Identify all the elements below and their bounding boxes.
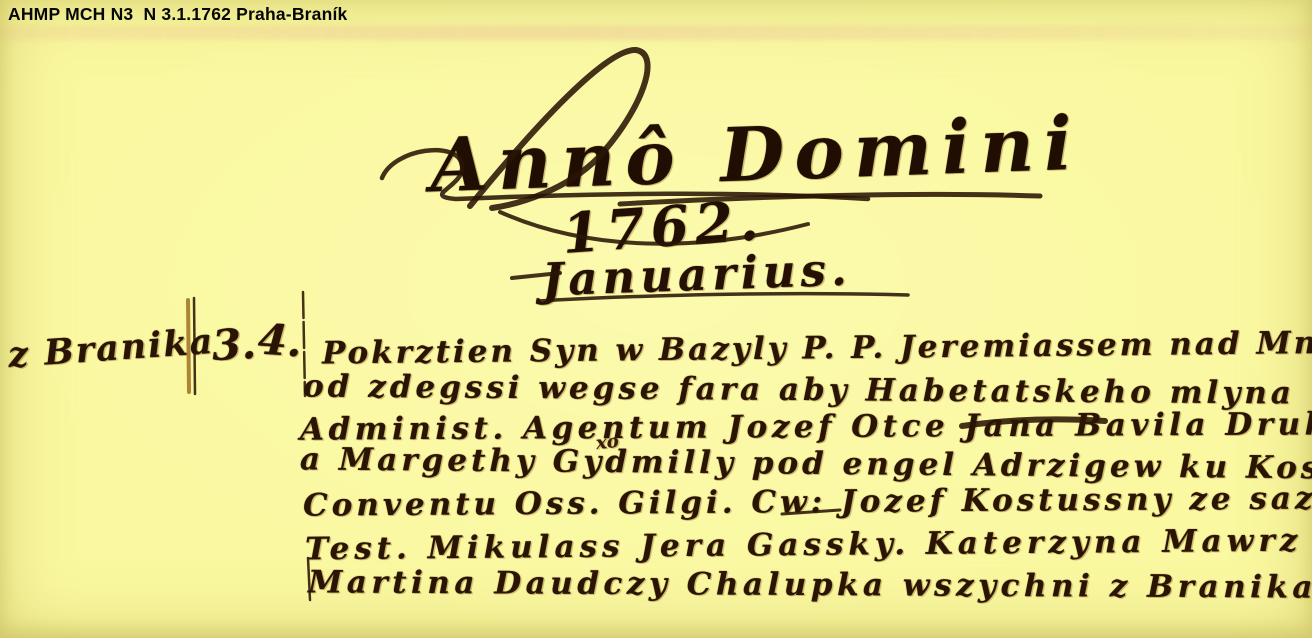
title-month: Januarius. xyxy=(541,243,852,307)
margin-day-number: 3. xyxy=(211,319,257,370)
record-line-7: Martina Daudczy Chalupka wszychni z Bran… xyxy=(308,564,1312,605)
record-line-3: Administ. Agentum Jozef Otce Jana Bavila… xyxy=(300,406,1312,447)
archive-reference-header: AHMP MCH N3 N 3.1.1762 Praha-Braník xyxy=(8,4,348,25)
record-line-1: Pokrztien Syn w Bazyly P. P. Jeremiassem… xyxy=(322,324,1312,371)
record-line-5: Conventu Oss. Gilgi. Cw: Jozef Kostussny… xyxy=(303,480,1312,523)
document-page: AHMP MCH N3 N 3.1.1762 Praha-Braník Annô… xyxy=(0,0,1312,638)
paper-stain xyxy=(0,26,1312,40)
margin-place-note: z Branika xyxy=(7,321,216,376)
record-line-4: a Margethy Gydmilly pod engel Adrzigew k… xyxy=(300,441,1312,486)
margin-record-number: 4. xyxy=(256,315,303,367)
superscript-mark: xo xyxy=(595,431,620,454)
record-line-2: od zdegssi wegse fara aby Habetatskeho m… xyxy=(303,369,1295,412)
record-line-6: Test. Mikulass Jera Gassky. Katerzyna Ma… xyxy=(305,523,1303,568)
